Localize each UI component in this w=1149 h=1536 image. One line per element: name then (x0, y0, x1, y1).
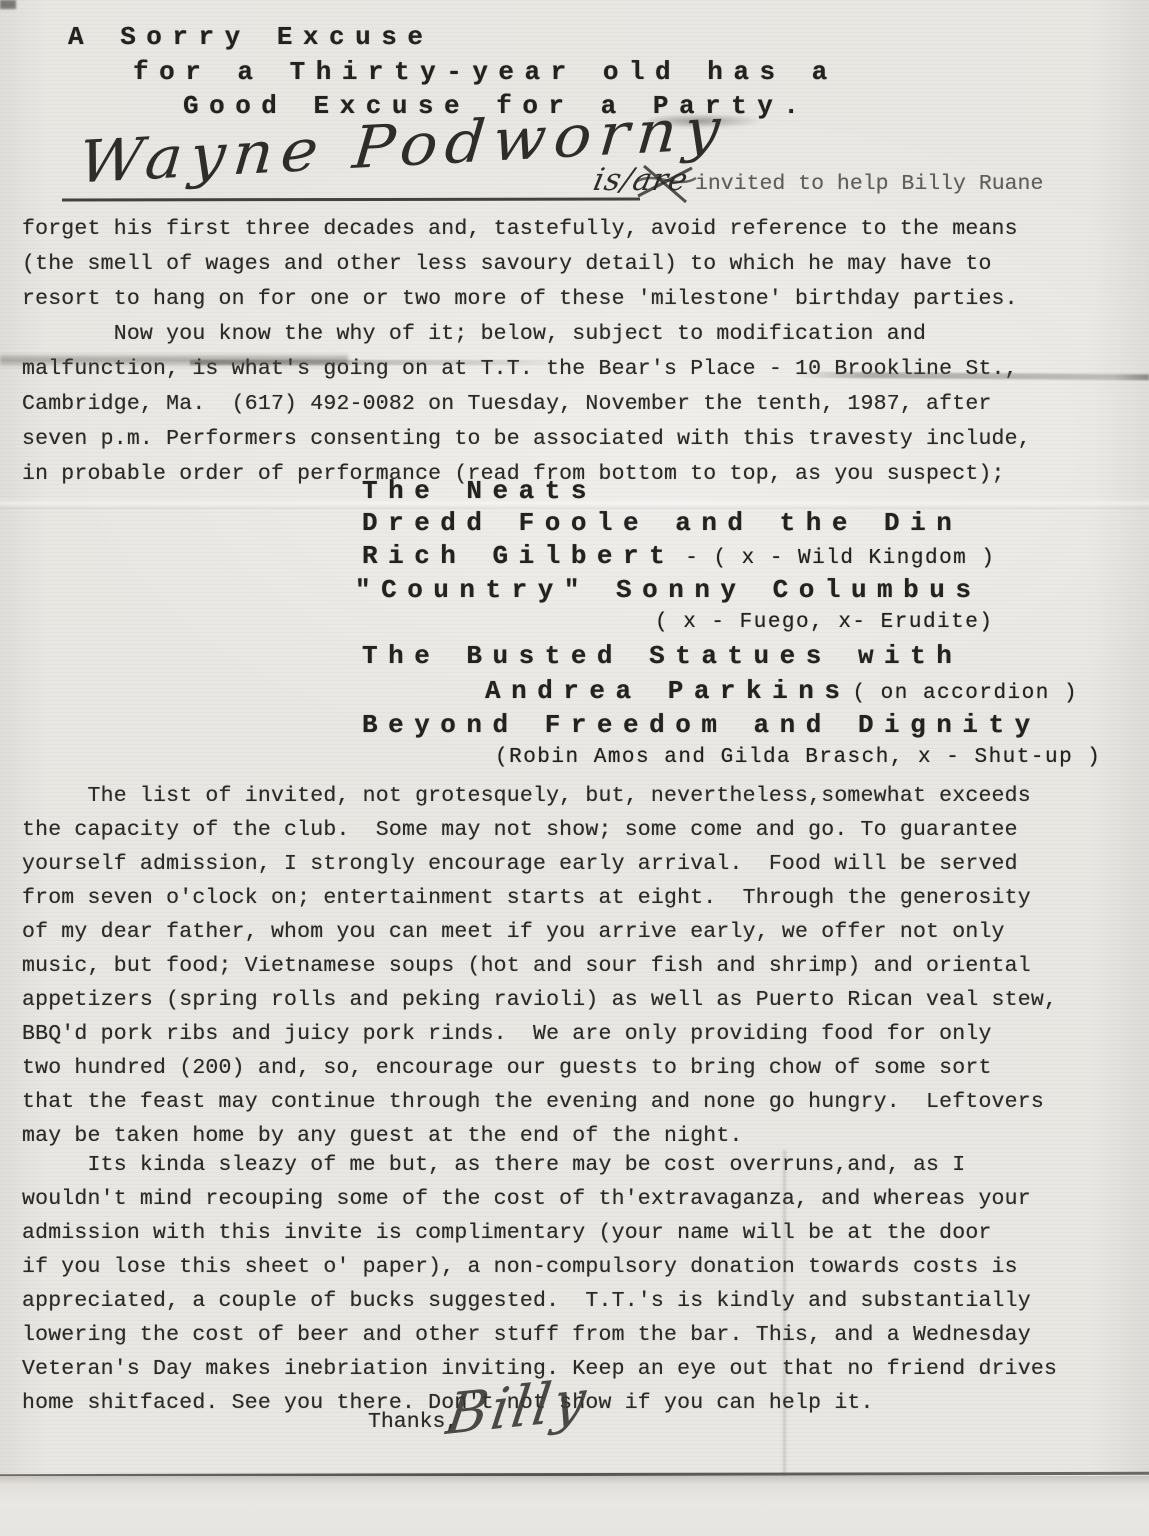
text-line: BBQ'd pork ribs and juicy pork rinds. We… (22, 1017, 1132, 1051)
invite-continuation-line: invited to help Billy Ruane (695, 172, 1043, 196)
band-name: The Neats (362, 476, 597, 506)
lineup-andrea-parkins: Andrea Parkins( on accordion ) (485, 676, 1078, 706)
text-line: admission with this invite is compliment… (22, 1216, 1132, 1250)
text-line: lowering the cost of beer and other stuf… (22, 1318, 1132, 1352)
band-note: ( x - Fuego, x- Erudite) (655, 611, 993, 634)
text-line: Its kinda sleazy of me but, as there may… (22, 1148, 1132, 1182)
lineup-fuego-erudite-note: ( x - Fuego, x- Erudite) (655, 611, 993, 634)
text-line: music, but food; Vietnamese soups (hot a… (22, 949, 1132, 983)
lineup-country-sonny-columbus: "Country" Sonny Columbus (355, 575, 981, 605)
text-line: if you lose this sheet o' paper), a non-… (22, 1250, 1132, 1284)
band-note: - ( x - Wild Kingdom ) (685, 547, 995, 570)
text-line: Cambridge, Ma. (617) 492-0082 on Tuesday… (22, 387, 1132, 422)
lineup-beyond-freedom-dignity: Beyond Freedom and Dignity (362, 710, 1041, 740)
scanner-background (0, 1476, 1149, 1536)
pen-scribble-over-are (634, 156, 698, 212)
name-blank-underline (62, 197, 640, 201)
lineup-busted-statues: The Busted Statues with (362, 641, 962, 671)
text-line: of my dear father, whom you can meet if … (22, 915, 1132, 949)
text-line: appetizers (spring rolls and peking ravi… (22, 983, 1132, 1017)
text-line: from seven o'clock on; entertainment sta… (22, 881, 1132, 915)
title-line-2: for a Thirty-year old has a (133, 57, 838, 87)
text-line: appreciated, a couple of bucks suggested… (22, 1284, 1132, 1318)
paper-sheet: A Sorry Excuse for a Thirty-year old has… (0, 0, 1149, 1476)
text-line: wouldn't mind recouping some of the cost… (22, 1182, 1132, 1216)
band-name: Dredd Foole and the Din (362, 508, 962, 538)
text-line: (the smell of wages and other less savou… (22, 247, 1132, 282)
band-name: Beyond Freedom and Dignity (362, 710, 1041, 740)
band-name: Rich Gilbert (362, 541, 675, 571)
text-line: resort to hang on for one or two more of… (22, 282, 1132, 317)
band-name: "Country" Sonny Columbus (355, 575, 981, 605)
text-line: seven p.m. Performers consenting to be a… (22, 422, 1132, 457)
lineup-robin-amos-note: (Robin Amos and Gilda Brasch, x - Shut-u… (495, 746, 1101, 769)
paragraph-intro: forget his first three decades and, tast… (22, 212, 1132, 492)
text-line: the capacity of the club. Some may not s… (22, 813, 1132, 847)
text-line: yourself admission, I strongly encourage… (22, 847, 1132, 881)
text-line: The list of invited, not grotesquely, bu… (22, 779, 1132, 813)
text-line: Now you know the why of it; below, subje… (22, 317, 1132, 352)
band-name: Andrea Parkins (485, 676, 850, 706)
lineup-dredd-foole: Dredd Foole and the Din (362, 508, 962, 538)
paragraph-details: The list of invited, not grotesquely, bu… (22, 779, 1132, 1153)
text-line: two hundred (200) and, so, encourage our… (22, 1051, 1132, 1085)
text-line: forget his first three decades and, tast… (22, 212, 1132, 247)
scan-corner-mark (0, 0, 16, 9)
band-name: The Busted Statues with (362, 641, 962, 671)
band-note: (Robin Amos and Gilda Brasch, x - Shut-u… (495, 746, 1101, 769)
text-line: malfunction, is what's going on at T.T. … (22, 352, 1132, 387)
lineup-rich-gilbert: Rich Gilbert- ( x - Wild Kingdom ) (362, 541, 995, 571)
title-line-1: A Sorry Excuse (68, 22, 433, 52)
text-line: that the feast may continue through the … (22, 1085, 1132, 1119)
scanned-invitation-letter: A Sorry Excuse for a Thirty-year old has… (0, 0, 1149, 1536)
lineup-the-neats: The Neats (362, 476, 597, 506)
band-note: ( on accordion ) (852, 682, 1078, 705)
scribble-strokes (634, 156, 698, 212)
